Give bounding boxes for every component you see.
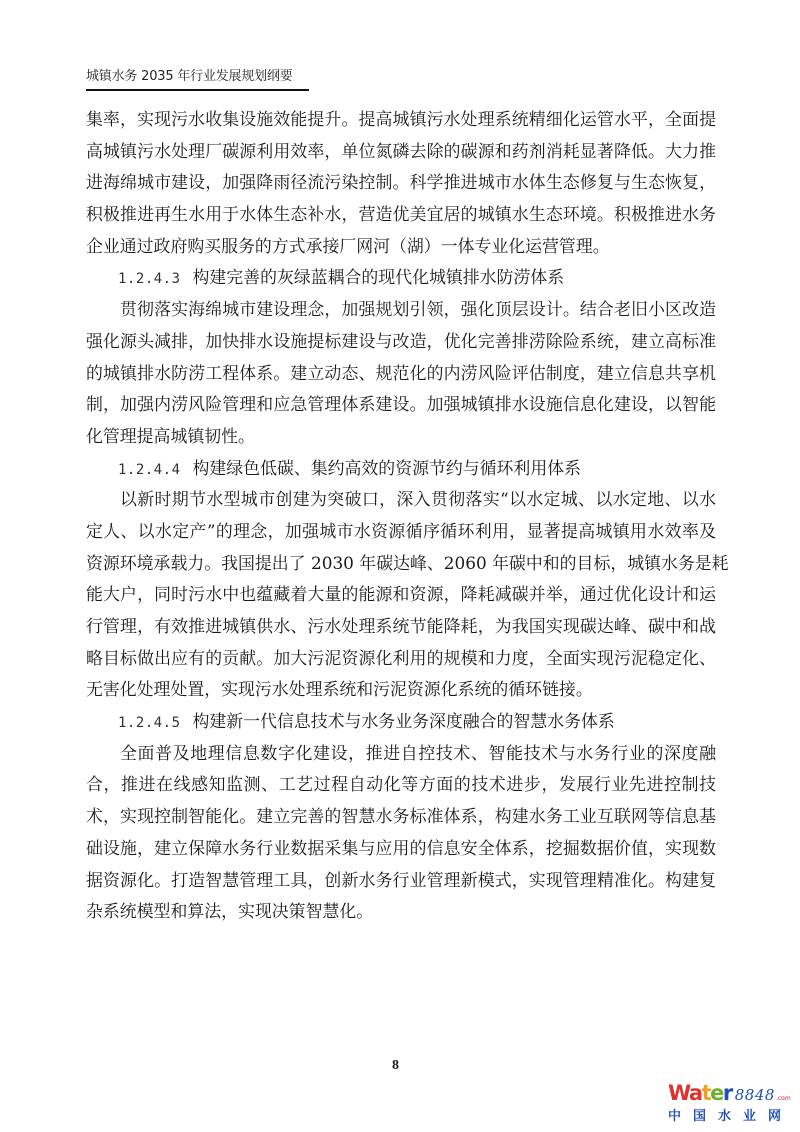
- body-line: 无害化处理处置，实现污水处理系统和污泥资源化系统的循环链接。: [86, 674, 716, 706]
- body-line: 高城镇污水处理厂碳源利用效率，单位氮磷去除的碳源和药剂消耗显著降低。大力推: [86, 136, 716, 168]
- body-line: 能大户，同时污水中也蕴藏着大量的能源和资源，降耗减碳并举，通过优化设计和运: [86, 579, 716, 611]
- logo-letter: a: [689, 1081, 702, 1105]
- section-heading-1-2-4-5: 1.2.4.5构建新一代信息技术与水务业务深度融合的智慧水务体系: [86, 706, 716, 738]
- water8848-logo: Water 8848 .com 中国水业网: [668, 1082, 792, 1126]
- body-line: 术，实现控制智能化。建立完善的智慧水务标准体系，构建水务工业互联网等信息基: [86, 801, 716, 833]
- section-number: 1.2.4.5: [118, 715, 181, 731]
- body-line: 企业通过政府购买服务的方式承接厂网河（湖）一体专业化运营管理。: [86, 231, 716, 263]
- body-line: 合，推进在线感知监测、工艺过程自动化等方面的技术进步，发展行业先进控制技: [86, 769, 716, 801]
- body-line: 定人、以水定产”的理念，加强城市水资源循序循环利用，显著提高城镇用水效率及: [86, 516, 716, 548]
- body-line: 化管理提高城镇韧性。: [86, 421, 716, 453]
- body-line: 贯彻落实海绵城市建设理念，加强规划引领，强化顶层设计。结合老旧小区改造: [86, 294, 716, 326]
- logo-wordmark: Water 8848 .com: [668, 1082, 792, 1104]
- logo-letter: r: [723, 1081, 732, 1105]
- body-line: 略目标做出应有的贡献。加大污泥资源化利用的规模和力度，全面实现污泥稳定化、: [86, 643, 716, 675]
- section-title: 构建绿色低碳、集约高效的资源节约与循环利用体系: [193, 458, 581, 478]
- body-line: 强化源头减排，加快排水设施提标建设与改造，优化完善排涝除险系统，建立高标准: [86, 326, 716, 358]
- body-line: 据资源化。打造智慧管理工具，创新水务行业管理新模式，实现管理精准化。构建复: [86, 865, 716, 897]
- logo-letter: t: [702, 1081, 711, 1105]
- body-line: 进海绵城市建设，加强降雨径流污染控制。科学推进城市水体生态修复与生态恢复，: [86, 167, 716, 199]
- logo-water-text: Water: [668, 1082, 732, 1104]
- section-title: 构建完善的灰绿蓝耦合的现代化城镇排水防涝体系: [193, 267, 565, 287]
- section-heading-1-2-4-4: 1.2.4.4构建绿色低碳、集约高效的资源节约与循环利用体系: [86, 453, 716, 485]
- logo-letter: W: [668, 1081, 689, 1105]
- running-header: 城镇水务 2035 年行业发展规划纲要: [86, 68, 309, 86]
- section-number: 1.2.4.4: [118, 462, 181, 478]
- section-heading-1-2-4-3: 1.2.4.3构建完善的灰绿蓝耦合的现代化城镇排水防涝体系: [86, 262, 716, 294]
- logo-letter: e: [710, 1081, 723, 1105]
- section-title: 构建新一代信息技术与水务业务深度融合的智慧水务体系: [193, 711, 615, 731]
- body-line: 资源环境承载力。我国提出了 2030 年碳达峰、2060 年碳中和的目标，城镇水…: [86, 548, 716, 580]
- body-line: 集率，实现污水收集设施效能提升。提高城镇污水处理系统精细化运管水平，全面提: [86, 104, 716, 136]
- page-number: 8: [392, 1058, 399, 1074]
- body-line: 以新时期节水型城市创建为突破口，深入贯彻落实“以水定城、以水定地、以水: [86, 484, 716, 516]
- logo-domain: .com: [776, 1095, 791, 1102]
- body-text: 集率，实现污水收集设施效能提升。提高城镇污水处理系统精细化运管水平，全面提 高城…: [86, 104, 716, 928]
- body-line: 杂系统模型和算法，实现决策智慧化。: [86, 896, 716, 928]
- body-line: 的城镇排水防涝工程体系。建立动态、规范化的内涝风险评估制度，建立信息共享机: [86, 358, 716, 390]
- logo-number: 8848: [735, 1086, 775, 1104]
- section-number: 1.2.4.3: [118, 271, 181, 287]
- body-line: 础设施，建立保障水务行业数据采集与应用的信息安全体系，挖掘数据价值，实现数: [86, 833, 716, 865]
- body-line: 积极推进再生水用于水体生态补水，营造优美宜居的城镇水生态环境。积极推进水务: [86, 199, 716, 231]
- logo-chinese-name: 中国水业网: [668, 1105, 792, 1124]
- body-line: 制，加强内涝风险管理和应急管理体系建设。加强城镇排水设施信息化建设，以智能: [86, 389, 716, 421]
- body-line: 全面普及地理信息数字化建设，推进自控技术、智能技术与水务行业的深度融: [86, 738, 716, 770]
- body-line: 行管理，有效推进城镇供水、污水处理系统节能降耗，为我国实现碳达峰、碳中和战: [86, 611, 716, 643]
- header-divider: [86, 89, 309, 91]
